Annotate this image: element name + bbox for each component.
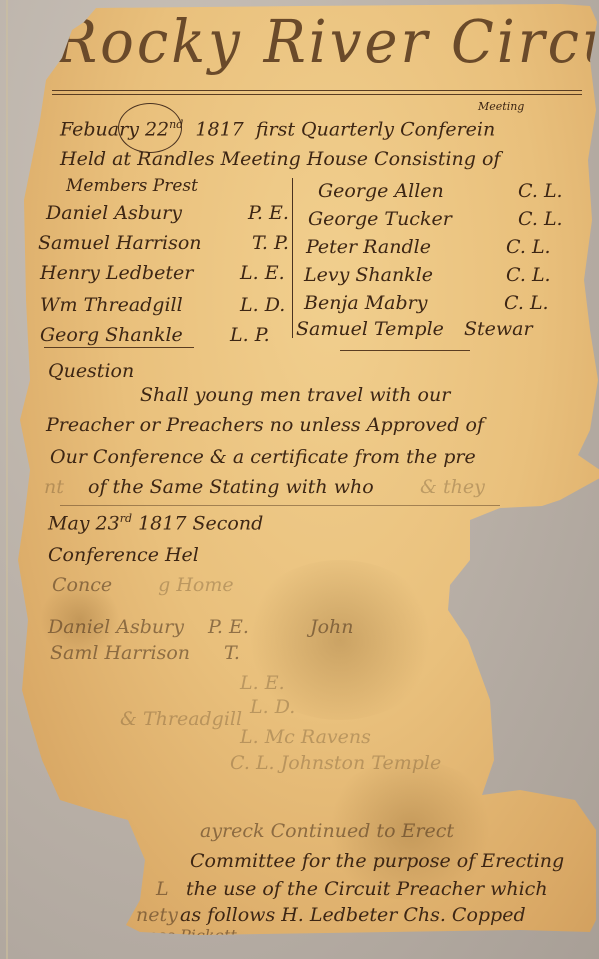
mount-edge: [6, 0, 8, 959]
faint-line: L. D.: [250, 696, 295, 718]
entry3-line: as follows H. Ledbeter Chs. Copped: [180, 904, 526, 926]
member-row: Samuel HarrisonT. P.: [38, 232, 202, 254]
document-title: Rocky River Circuit: [55, 8, 595, 76]
underline: [44, 347, 194, 348]
member-row: Daniel AsburyP. E.: [46, 202, 182, 224]
member-row: Wm ThreadgillL. D.: [40, 294, 183, 316]
member-row: Samuel TempleStewar: [296, 318, 444, 340]
title-rule: [52, 90, 582, 91]
entry2-member-row: Daniel Asbury P. E. John: [48, 616, 184, 638]
entry3-prefix: L: [156, 878, 169, 900]
entry2-line1: May 23rd 1817 Second: [48, 512, 263, 534]
section-rule: [60, 505, 500, 506]
entry3-line: Committee for the purpose of Erecting: [190, 850, 564, 872]
question-prefix: nt: [44, 476, 64, 498]
faint-line: L. Mc Ravens: [240, 726, 371, 748]
member-row: George AllenC. L.: [318, 180, 444, 202]
faint-line: C. L. Johnston Temple: [230, 752, 441, 774]
column-divider: [292, 178, 293, 338]
members-heading: Members Prest: [66, 176, 198, 196]
faint-line: L. E.: [240, 672, 285, 694]
entry3-line: ayreck Continued to Erect: [200, 820, 454, 842]
member-row: Georg ShankleL. P.: [40, 324, 183, 346]
entry2-line3: Conce g Home: [52, 574, 234, 596]
entry2-line2: Conference Hel: [48, 544, 199, 566]
entry2-member-row: Saml Harrison T.: [50, 642, 190, 664]
question-line: of the Same Stating with who: [88, 476, 374, 498]
question-line: Preacher or Preachers no unless Approved…: [46, 414, 484, 436]
entry1-year: 1817: [195, 118, 243, 140]
entry1-insert: Meeting: [478, 100, 524, 113]
entry3-line: the use of the Circuit Preacher which: [186, 878, 548, 900]
title-rule: [52, 94, 582, 95]
entry1-line2: Held at Randles Meeting House Consisting…: [60, 148, 500, 170]
entry1-date: Febuary 22: [60, 118, 169, 140]
entry1-line1: Febuary 22nd 1817 first Quarterly Confer…: [60, 118, 495, 140]
member-row: George TuckerC. L.: [308, 208, 452, 230]
member-row: Levy ShankleC. L.: [304, 264, 433, 286]
entry3-prefix: nety: [136, 904, 178, 926]
question-line: Shall young men travel with our: [140, 384, 450, 406]
member-row: Benja MabryC. L.: [304, 292, 427, 314]
question-line: Our Conference & a certificate from the …: [50, 446, 476, 468]
faint-line: & Threadgill: [120, 708, 242, 730]
question-suffix: & they: [420, 476, 485, 498]
member-row: Peter RandleC. L.: [306, 236, 431, 258]
underline: [340, 350, 470, 351]
member-row: Henry LedbeterL. E.: [40, 262, 193, 284]
question-heading: Question: [48, 360, 134, 382]
